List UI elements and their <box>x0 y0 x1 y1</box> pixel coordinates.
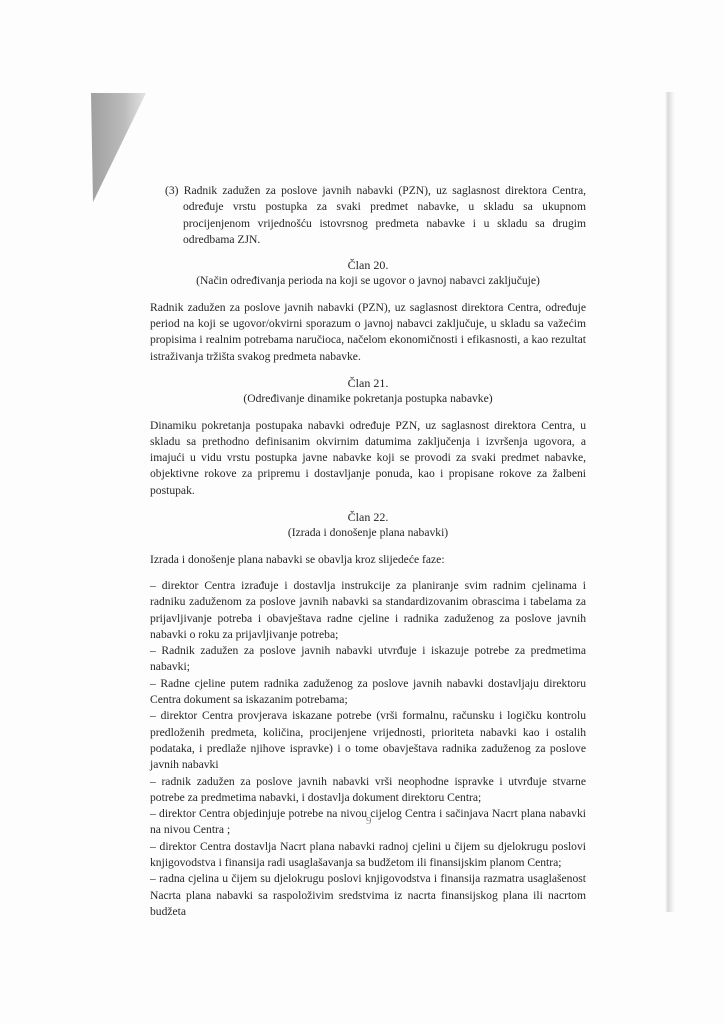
page-number: 9 <box>366 815 372 827</box>
list-item: – direktor Centra provjerava iskazane po… <box>150 708 586 773</box>
article-20-body: Radnik zadužen za poslove javnih nabavki… <box>150 300 586 365</box>
list-item: – radnik zadužen za poslove javnih nabav… <box>150 774 586 807</box>
article-title: Član 20. <box>150 257 586 273</box>
article-22-heading: Član 22. (Izrada i donošenje plana nabav… <box>150 509 586 542</box>
list-item: – radna cjelina u čijem su djelokrugu po… <box>150 871 586 920</box>
article-21-heading: Član 21. (Određivanje dinamike pokretanj… <box>150 375 586 408</box>
article-subtitle: (Izrada i donošenje plana nabavki) <box>150 525 586 541</box>
scan-corner-shadow <box>90 92 148 204</box>
phase-list: – direktor Centra izrađuje i dostavlja i… <box>150 578 586 920</box>
list-item: – Radnik zadužen za poslove javnih nabav… <box>150 643 586 676</box>
article-title: Član 21. <box>150 375 586 391</box>
paragraph-3: (3) Radnik zadužen za poslove javnih nab… <box>150 183 586 248</box>
article-subtitle: (Način određivanja perioda na koji se ug… <box>150 273 586 289</box>
article-22-intro: Izrada i donošenje plana nabavki se obav… <box>150 552 586 568</box>
document-body: (3) Radnik zadužen za poslove javnih nab… <box>150 183 586 920</box>
list-item: – direktor Centra izrađuje i dostavlja i… <box>150 578 586 643</box>
scan-edge-shadow <box>665 92 675 912</box>
scanned-page: (3) Radnik zadužen za poslove javnih nab… <box>0 0 724 1024</box>
list-item: – Radne cjeline putem radnika zaduženog … <box>150 676 586 709</box>
article-subtitle: (Određivanje dinamike pokretanja postupk… <box>150 391 586 407</box>
article-20-heading: Član 20. (Način određivanja perioda na k… <box>150 257 586 290</box>
article-21-body: Dinamiku pokretanja postupaka nabavki od… <box>150 418 586 499</box>
article-title: Član 22. <box>150 509 586 525</box>
list-item: – direktor Centra dostavlja Nacrt plana … <box>150 839 586 872</box>
